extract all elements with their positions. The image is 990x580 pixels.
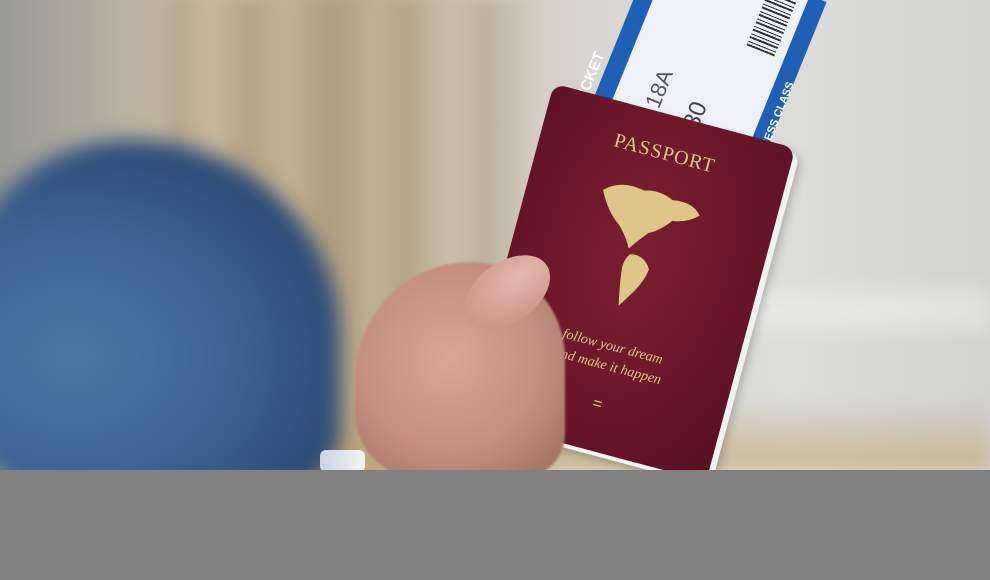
barcode-icon — [747, 0, 797, 57]
gray-bottom-bar — [0, 470, 990, 580]
photo: TICKET BUSINESS CLASS 18A 0:30 PASSPORT … — [0, 0, 990, 470]
seat-number: 18A — [640, 66, 679, 112]
wristwatch — [320, 450, 365, 470]
americas-map-icon — [570, 169, 710, 323]
